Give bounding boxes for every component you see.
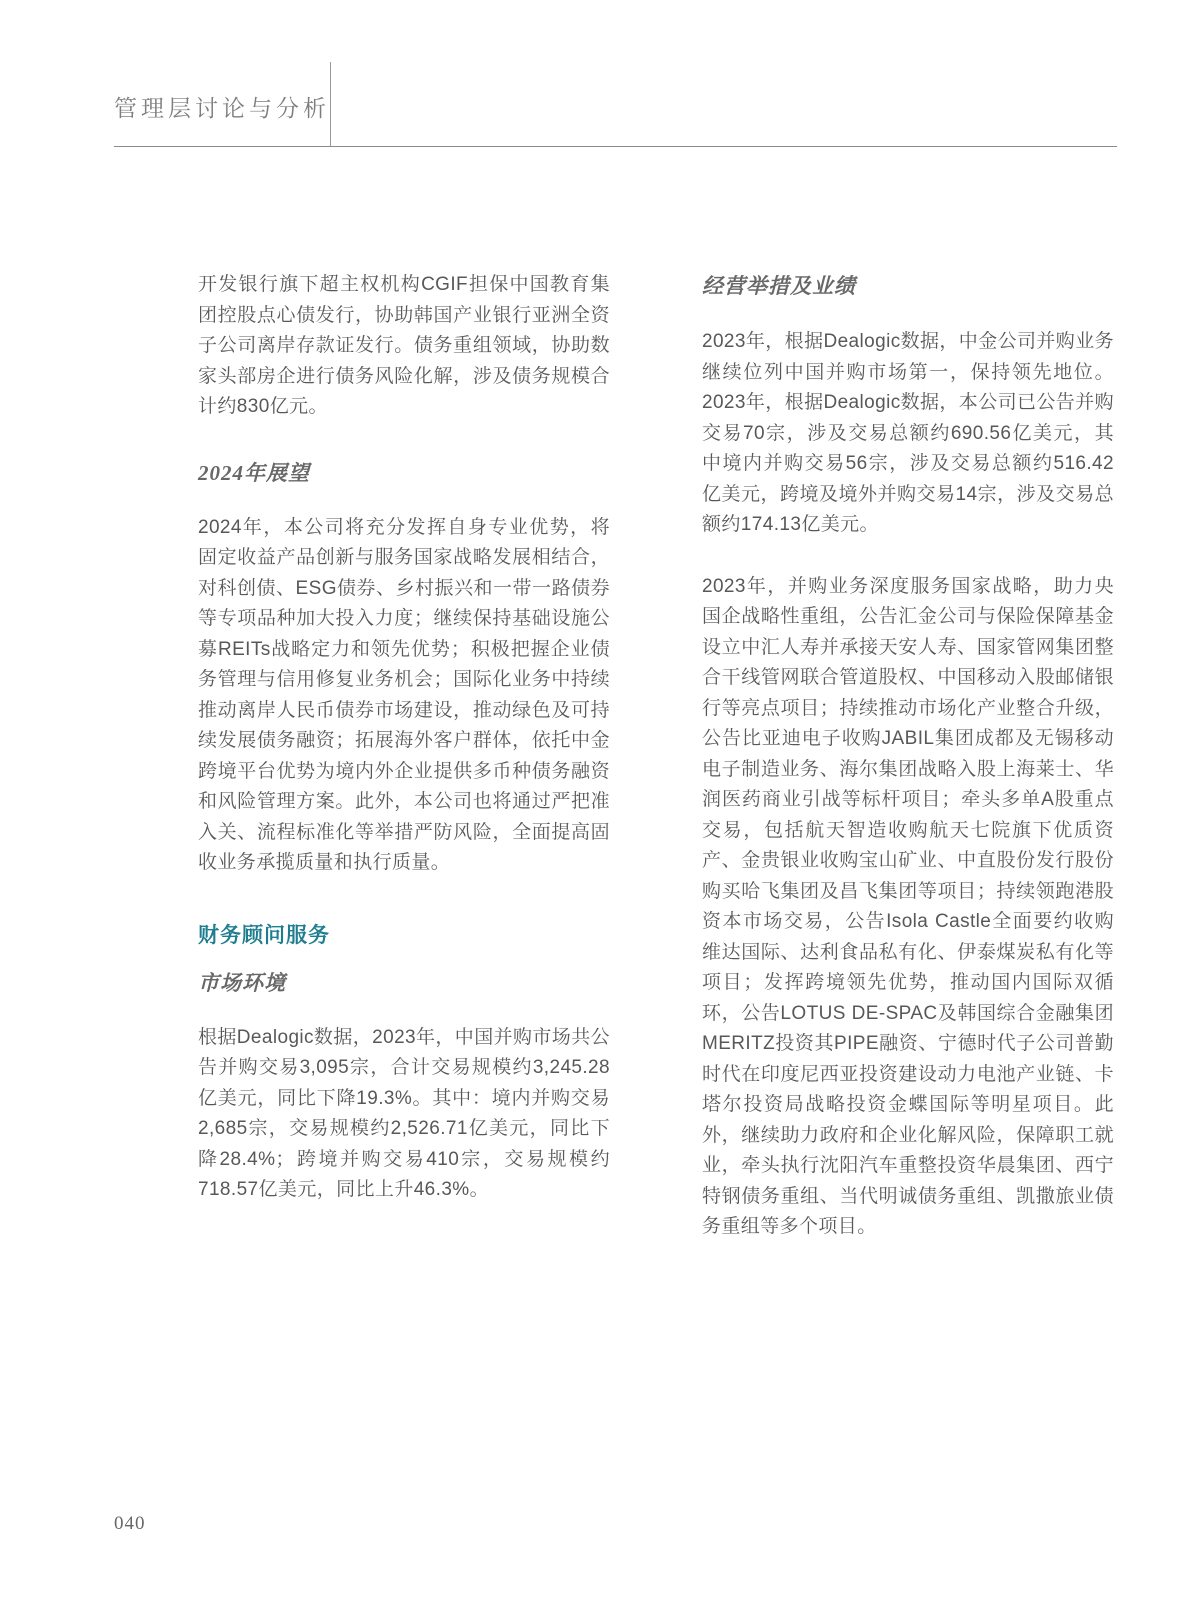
page-number: 040 <box>114 1513 146 1535</box>
left-column: 开发银行旗下超主权机构CGIF担保中国教育集团控股点心债发行，协助韩国产业银行亚… <box>198 270 610 1243</box>
market-environment-heading: 市场环境 <box>198 967 610 997</box>
financial-advisory-section-heading: 财务顾问服务 <box>198 919 610 949</box>
page-body-columns: 开发银行旗下超主权机构CGIF担保中国教育集团控股点心债发行，协助韩国产业银行亚… <box>198 270 1114 1243</box>
outlook-2024-heading: 2024年展望 <box>198 457 610 487</box>
ma-ranking-paragraph: 2023年，根据Dealogic数据，中金公司并购业务继续位列中国并购市场第一，… <box>702 327 1114 541</box>
header-vertical-divider <box>330 62 331 147</box>
page-title: 管理层讨论与分析 <box>114 90 330 123</box>
right-column: 经营举措及业绩 2023年，根据Dealogic数据，中金公司并购业务继续位列中… <box>702 270 1114 1243</box>
debt-restructuring-paragraph: 开发银行旗下超主权机构CGIF担保中国教育集团控股点心债发行，协助韩国产业银行亚… <box>198 270 610 423</box>
header-horizontal-divider <box>114 146 1117 147</box>
outlook-2024-paragraph: 2024年，本公司将充分发挥自身专业优势，将固定收益产品创新与服务国家战略发展相… <box>198 513 610 879</box>
ma-strategy-projects-paragraph: 2023年，并购业务深度服务国家战略，助力央国企战略性重组，公告汇金公司与保险保… <box>702 572 1114 1243</box>
operations-results-heading: 经营举措及业绩 <box>702 270 1114 300</box>
market-environment-paragraph: 根据Dealogic数据，2023年，中国并购市场共公告并购交易3,095宗，合… <box>198 1023 610 1206</box>
